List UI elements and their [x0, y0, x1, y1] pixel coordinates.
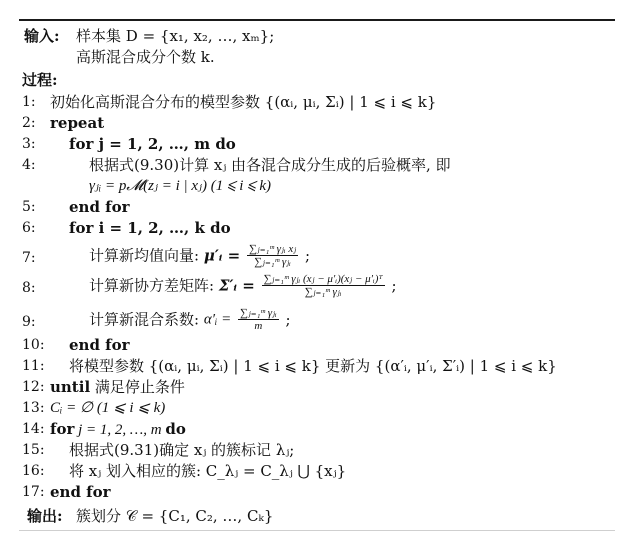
- line-text: for i = 1, 2, …, k do: [69, 219, 231, 237]
- keyword-do: do: [165, 420, 186, 438]
- fraction: ∑ⱼ₌₁ᵐ γⱼᵢ xⱼ ∑ⱼ₌₁ᵐ γⱼᵢ: [247, 243, 298, 268]
- line-text: γⱼᵢ = p𝓜(zⱼ = i | xⱼ) (1 ⩽ i ⩽ k): [89, 177, 271, 195]
- output-label: 输出:: [27, 507, 63, 525]
- keyword-end-for: end for: [50, 483, 111, 501]
- keyword-until: until: [50, 378, 90, 396]
- denominator: ∑ⱼ₌₁ᵐ γⱼᵢ: [252, 256, 293, 268]
- line-text: 初始化高斯混合分布的模型参数 {(αᵢ, μᵢ, Σᵢ) | 1 ⩽ i ⩽ k…: [50, 93, 436, 111]
- keyword-repeat: repeat: [50, 114, 104, 132]
- line-number: 6:: [22, 219, 52, 237]
- line-number: 7:: [22, 249, 52, 267]
- line-text: 根据式(9.30)计算 xⱼ 由各混合成分生成的后验概率, 即: [89, 156, 451, 174]
- line-number: 15:: [22, 441, 52, 459]
- line-number: 9:: [22, 313, 52, 331]
- denominator: ∑ⱼ₌₁ᵐ γⱼᵢ: [303, 286, 344, 298]
- formula-covariance: 计算新协方差矩阵: Σ′ᵢ = ∑ⱼ₌₁ᵐ γⱼᵢ (xⱼ − μ′ᵢ)(xⱼ …: [89, 273, 397, 298]
- condition-text: 满足停止条件: [90, 378, 185, 396]
- lhs: Σ′ᵢ =: [219, 277, 255, 295]
- line-text: for j = 1, 2, …, m do: [69, 135, 236, 153]
- line-label: 计算新均值向量:: [89, 247, 199, 265]
- line-number: 8:: [22, 279, 52, 297]
- semicolon: ;: [286, 311, 291, 329]
- denominator: m: [252, 320, 264, 332]
- line-number: 4:: [22, 156, 52, 174]
- input-text-2: 高斯混合成分个数 k.: [76, 48, 215, 66]
- line-text: until 满足停止条件: [50, 378, 185, 396]
- line-text: 将 xⱼ 划入相应的簇: C_λⱼ = C_λⱼ ⋃ {xⱼ}: [69, 462, 346, 480]
- keyword-for: for: [50, 420, 74, 438]
- semicolon: ;: [305, 247, 310, 265]
- numerator: ∑ⱼ₌₁ᵐ γⱼᵢ (xⱼ − μ′ᵢ)(xⱼ − μ′ᵢ)ᵀ: [262, 273, 385, 286]
- line-number: 14:: [22, 420, 52, 438]
- input-text-1: 样本集 D = {x₁, x₂, …, xₘ};: [76, 27, 274, 45]
- line-number: 16:: [22, 462, 52, 480]
- line-text: 将模型参数 {(αᵢ, μᵢ, Σᵢ) | 1 ⩽ i ⩽ k} 更新为 {(α…: [69, 357, 557, 375]
- line-number: 13:: [22, 399, 52, 417]
- line-text: for j = 1, 2, …, m do: [50, 420, 186, 439]
- top-rule: [19, 19, 615, 21]
- formula-mixing: 计算新混合系数: α′ᵢ = ∑ⱼ₌₁ᵐ γⱼᵢ m ;: [89, 307, 291, 332]
- loop-range: j = 1, 2, …, m: [74, 422, 165, 438]
- line-number: 3:: [22, 135, 52, 153]
- input-label: 输入:: [24, 27, 60, 45]
- keyword-end-for: end for: [69, 198, 130, 216]
- line-text: Cᵢ = ∅ (1 ⩽ i ⩽ k): [50, 399, 165, 417]
- numerator: ∑ⱼ₌₁ᵐ γⱼᵢ xⱼ: [247, 243, 298, 256]
- keyword-end-for: end for: [69, 336, 130, 354]
- line-number: 12:: [22, 378, 52, 396]
- line-label: 计算新混合系数:: [89, 311, 199, 329]
- process-label: 过程:: [22, 71, 58, 89]
- formula-mean: 计算新均值向量: μ′ᵢ = ∑ⱼ₌₁ᵐ γⱼᵢ xⱼ ∑ⱼ₌₁ᵐ γⱼᵢ ;: [89, 243, 310, 268]
- line-label: 计算新协方差矩阵:: [89, 277, 214, 295]
- line-text: 根据式(9.31)确定 xⱼ 的簇标记 λⱼ;: [69, 441, 294, 459]
- fraction: ∑ⱼ₌₁ᵐ γⱼᵢ m: [238, 307, 279, 332]
- line-number: 17:: [22, 483, 52, 501]
- line-number: 5:: [22, 198, 52, 216]
- line-number: 10:: [22, 336, 52, 354]
- fraction: ∑ⱼ₌₁ᵐ γⱼᵢ (xⱼ − μ′ᵢ)(xⱼ − μ′ᵢ)ᵀ ∑ⱼ₌₁ᵐ γⱼ…: [262, 273, 385, 298]
- bottom-rule: [19, 530, 615, 531]
- line-number: 11:: [22, 357, 52, 375]
- numerator: ∑ⱼ₌₁ᵐ γⱼᵢ: [238, 307, 279, 320]
- lhs: μ′ᵢ =: [204, 247, 240, 265]
- line-number: 1:: [22, 93, 52, 111]
- semicolon: ;: [391, 277, 396, 295]
- lhs: α′ᵢ =: [204, 312, 231, 328]
- output-text: 簇划分 𝒞 = {C₁, C₂, …, Cₖ}: [76, 507, 273, 525]
- line-number: 2:: [22, 114, 52, 132]
